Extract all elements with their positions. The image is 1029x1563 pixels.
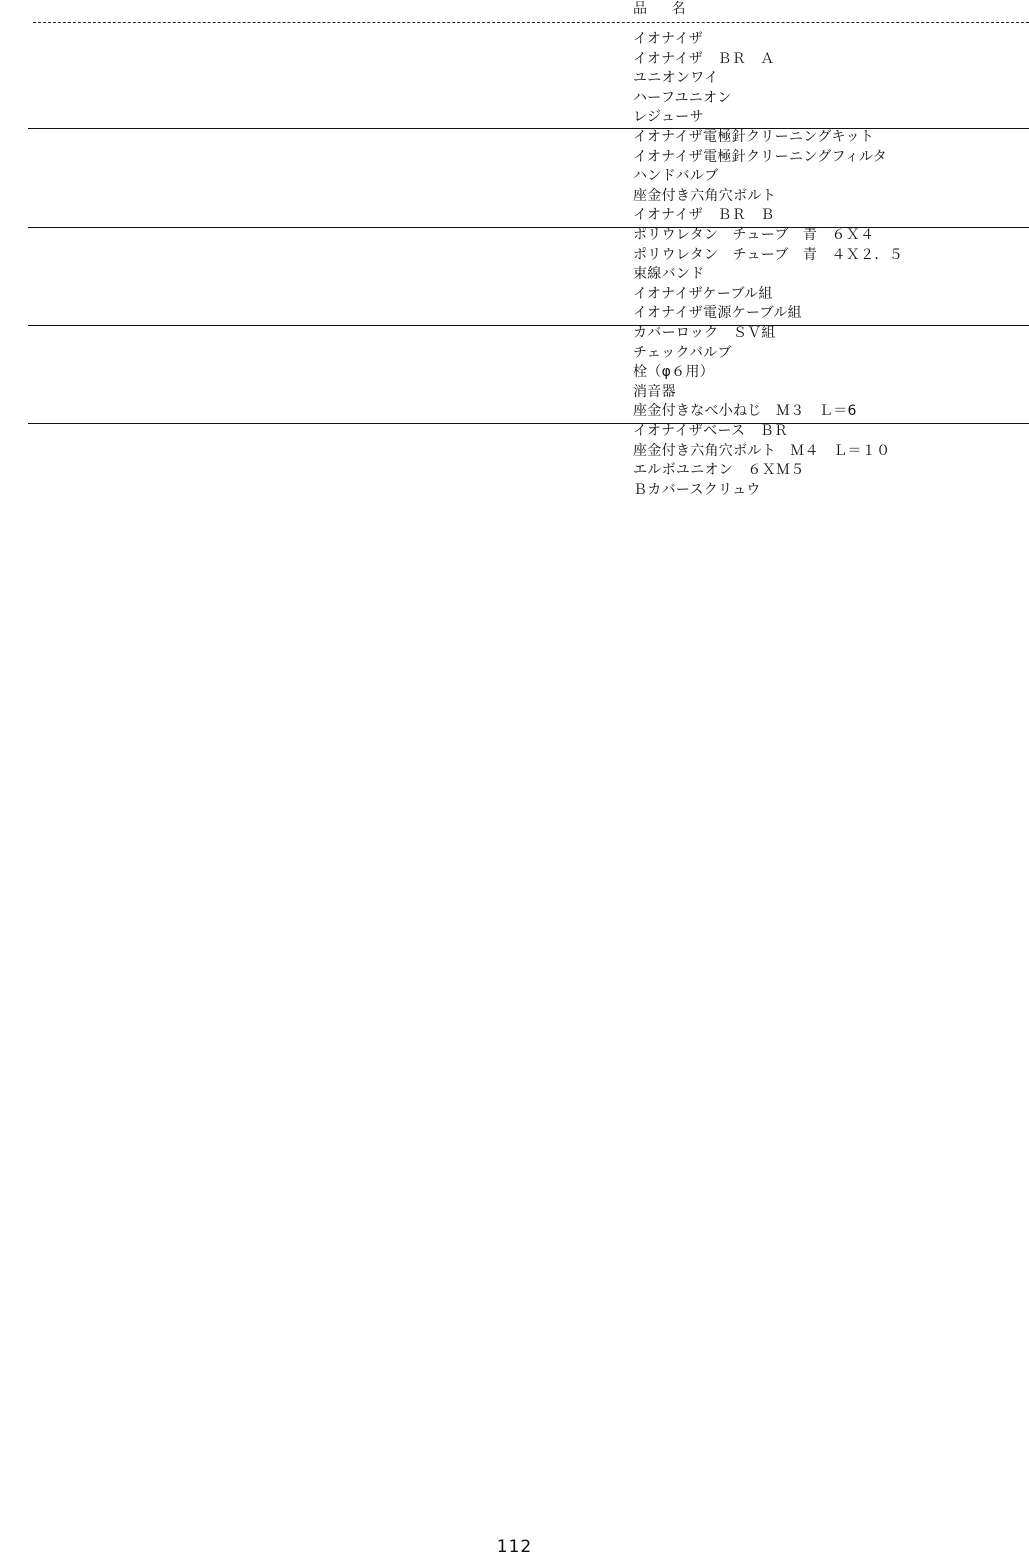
header-divider: [33, 22, 1029, 23]
list-item: イオナイザ電極針クリーニングフィルタ: [633, 148, 887, 168]
list-item: イオナイザ ＢＲ Ｂ: [633, 206, 887, 226]
list-item: ユニオンワイ: [633, 69, 775, 89]
list-item: レジューサ: [633, 108, 775, 128]
column-header-part-name: 品 名: [633, 0, 695, 18]
list-item: イオナイザ電極針クリーニングキット: [633, 128, 887, 148]
list-item: 消音器: [633, 383, 857, 403]
list-item: ハーフユニオン: [633, 89, 775, 109]
list-item: 座金付き六角穴ボルト: [633, 187, 887, 207]
list-item: ポリウレタン チューブ 青 ４Ｘ２．５: [633, 246, 903, 266]
list-item: 座金付きなべ小ねじ Ｍ３ Ｌ＝6: [633, 402, 857, 422]
list-item: Ｂカバースクリュウ: [633, 481, 890, 501]
list-item: 栓（φ６用）: [633, 363, 857, 383]
list-item: エルボユニオン ６ＸＭ５: [633, 461, 890, 481]
list-item: 座金付き六角穴ボルト Ｍ４ Ｌ＝１０: [633, 442, 890, 462]
list-item: ハンドバルブ: [633, 167, 887, 187]
list-item: イオナイザケーブル組: [633, 285, 903, 305]
group-divider: [28, 325, 1029, 326]
list-item: ポリウレタン チューブ 青 ６Ｘ４: [633, 226, 903, 246]
list-item: カバーロック ＳＶ組: [633, 324, 857, 344]
list-item: 束線バンド: [633, 265, 903, 285]
list-item: イオナイザ ＢＲ Ａ: [633, 50, 775, 70]
list-item: イオナイザ電源ケーブル組: [633, 304, 903, 324]
list-item: イオナイザベース ＢＲ: [633, 422, 890, 442]
list-item: チェックバルブ: [633, 344, 857, 364]
page-number: 112: [0, 1537, 1029, 1557]
list-item: イオナイザ: [633, 30, 775, 50]
